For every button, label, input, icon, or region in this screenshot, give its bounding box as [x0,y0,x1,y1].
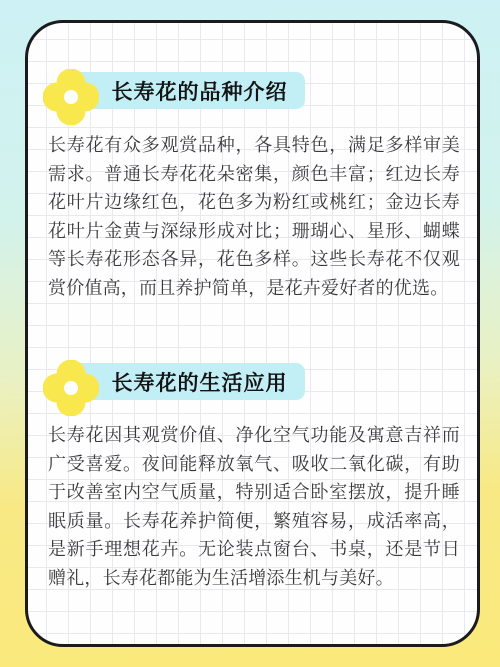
section-title: 长寿花的品种介绍 [112,76,288,106]
section-body: 长寿花因其观赏价值、净化空气功能及寓意吉祥而广受喜爱。夜间能释放氧气、吸收二氧化… [48,421,460,592]
flower-icon [43,360,99,416]
flower-icon [43,69,99,125]
page-background: { "theme": { "bg_top": "#cdf1f5", "bg_bo… [0,0,500,667]
content-card: 长寿花的品种介绍 长寿花有众多观赏品种，各具特色，满足多样审美需求。普通长寿花花… [25,20,480,647]
section-title: 长寿花的生活应用 [112,367,288,397]
section-body: 长寿花有众多观赏品种，各具特色，满足多样审美需求。普通长寿花花朵密集，颜色丰富；… [48,131,460,302]
